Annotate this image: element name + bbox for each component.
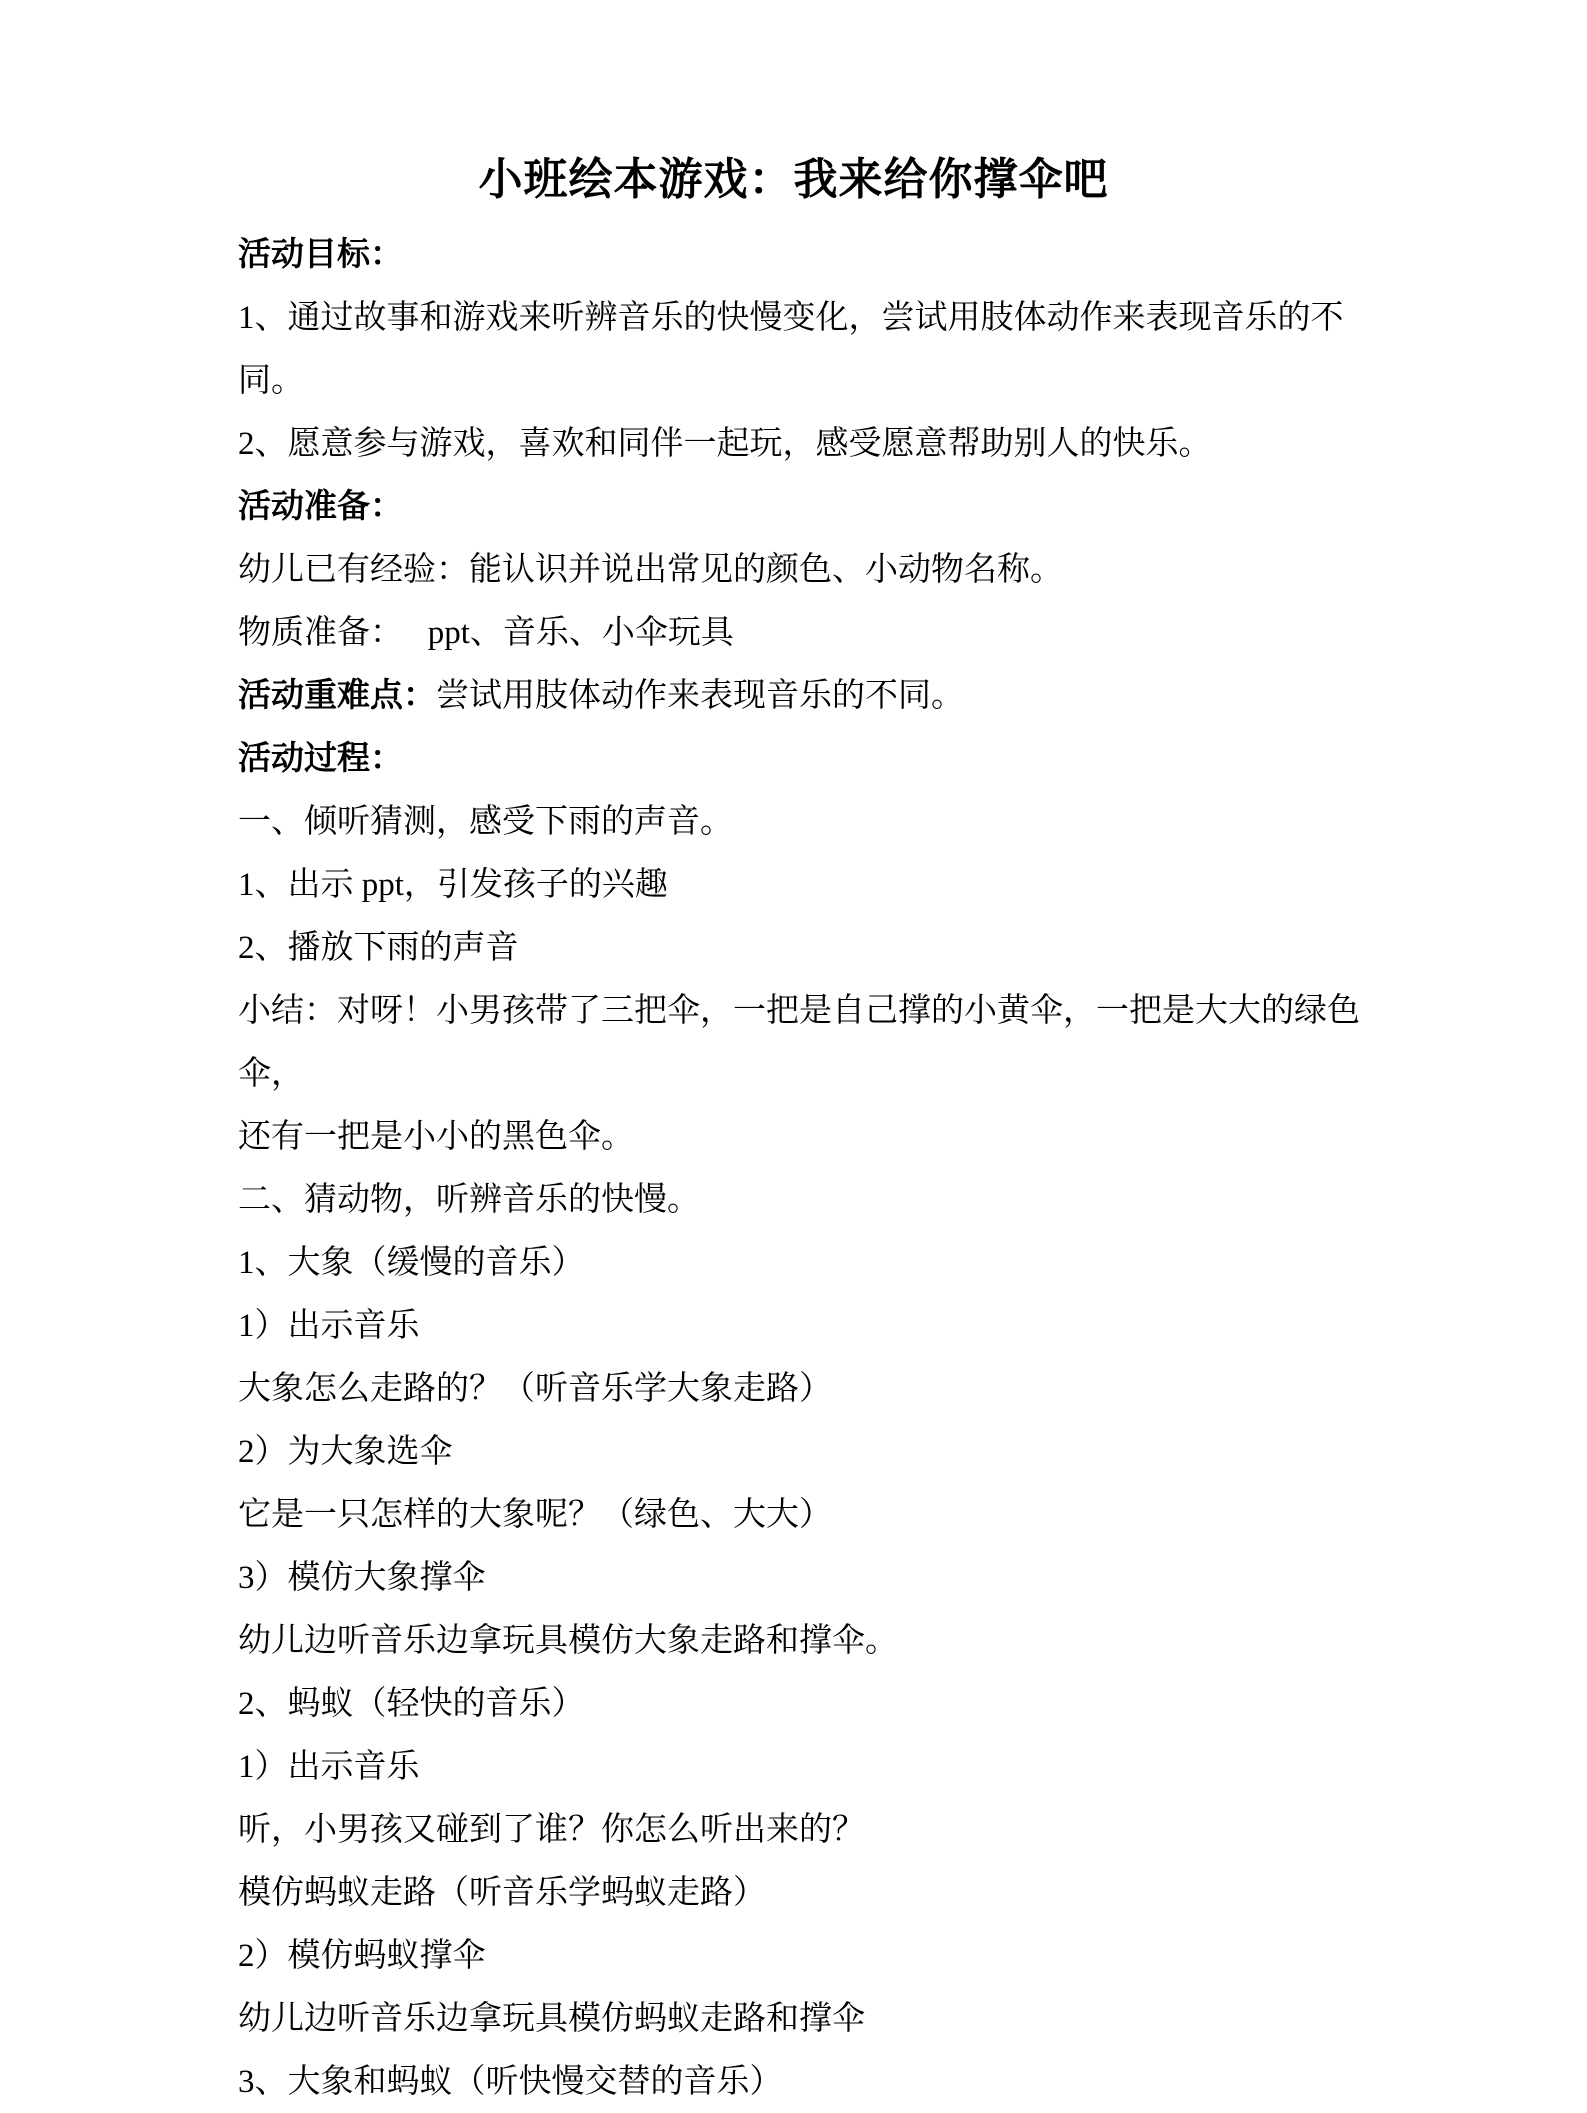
process-2-animal-1-question-2: 它是一只怎样的大象呢？（绿色、大大）	[238, 1484, 1367, 1547]
line-text: 听，小男孩又碰到了谁？你怎么听出来的？	[238, 1812, 865, 1848]
line-text: 3）模仿大象撑伞	[238, 1560, 486, 1596]
process-2-animal-3: 3、大象和蚂蚁（听快慢交替的音乐）	[238, 2051, 1367, 2113]
document-body: 活动目标： 1、通过故事和游戏来听辨音乐的快慢变化，尝试用肢体动作来表现音乐的不…	[0, 224, 1587, 2113]
line-text: 物质准备： ppt、音乐、小伞玩具	[238, 615, 734, 651]
line-text: 二、猜动物，听辨音乐的快慢。	[238, 1182, 700, 1218]
preparation-experience: 幼儿已有经验：能认识并说出常见的颜色、小动物名称。	[238, 539, 1367, 602]
process-section-2: 二、猜动物，听辨音乐的快慢。	[238, 1169, 1367, 1232]
process-1-step-1: 1、出示 ppt，引发孩子的兴趣	[238, 854, 1367, 917]
line-text: 幼儿已有经验：能认识并说出常见的颜色、小动物名称。	[238, 552, 1063, 588]
goal-item-1: 1、通过故事和游戏来听辨音乐的快慢变化，尝试用肢体动作来表现音乐的不同。	[238, 287, 1367, 413]
line-text: 2、愿意参与游戏，喜欢和同伴一起玩，感受愿意帮助别人的快乐。	[238, 426, 1212, 462]
document-title: 小班绘本游戏：我来给你撑伞吧	[0, 0, 1587, 224]
line-bold-label: 活动准备：	[238, 489, 403, 525]
line-text: 2、播放下雨的声音	[238, 930, 519, 966]
line-text: 模仿蚂蚁走路（听音乐学蚂蚁走路）	[238, 1875, 766, 1911]
line-text: 它是一只怎样的大象呢？（绿色、大大）	[238, 1497, 832, 1533]
line-text: 尝试用肢体动作来表现音乐的不同。	[436, 678, 964, 714]
line-text: 幼儿边听音乐边拿玩具模仿蚂蚁走路和撑伞	[238, 2001, 865, 2037]
process-1-summary-line-2: 还有一把是小小的黑色伞。	[238, 1106, 1367, 1169]
heading-key-difficulty: 活动重难点：尝试用肢体动作来表现音乐的不同。	[238, 665, 1367, 728]
heading-activity-goals: 活动目标：	[238, 224, 1367, 287]
process-1-summary-line-1: 小结：对呀！小男孩带了三把伞，一把是自己撑的小黄伞，一把是大大的绿色伞，	[238, 980, 1367, 1106]
process-2-animal-1-question-1: 大象怎么走路的？（听音乐学大象走路）	[238, 1358, 1367, 1421]
process-2-animal-1-step-3: 3）模仿大象撑伞	[238, 1547, 1367, 1610]
process-2-animal-1-practice: 幼儿边听音乐边拿玩具模仿大象走路和撑伞。	[238, 1610, 1367, 1673]
process-section-1: 一、倾听猜测，感受下雨的声音。	[238, 791, 1367, 854]
goal-item-2: 2、愿意参与游戏，喜欢和同伴一起玩，感受愿意帮助别人的快乐。	[238, 413, 1367, 476]
line-text: 3、大象和蚂蚁（听快慢交替的音乐）	[238, 2064, 783, 2100]
process-2-animal-1-step-2: 2）为大象选伞	[238, 1421, 1367, 1484]
process-2-animal-2-practice: 幼儿边听音乐边拿玩具模仿蚂蚁走路和撑伞	[238, 1988, 1367, 2051]
process-2-animal-2-imitate: 模仿蚂蚁走路（听音乐学蚂蚁走路）	[238, 1862, 1367, 1925]
line-text: 2）为大象选伞	[238, 1434, 453, 1470]
line-text: 小结：对呀！小男孩带了三把伞，一把是自己撑的小黄伞，一把是大大的绿色伞，	[238, 993, 1360, 1092]
line-text: 大象怎么走路的？（听音乐学大象走路）	[238, 1371, 832, 1407]
heading-activity-preparation: 活动准备：	[238, 476, 1367, 539]
line-text: 幼儿边听音乐边拿玩具模仿大象走路和撑伞。	[238, 1623, 898, 1659]
line-bold-label: 活动目标：	[238, 237, 403, 273]
line-bold-label: 活动过程：	[238, 741, 403, 777]
process-1-step-2: 2、播放下雨的声音	[238, 917, 1367, 980]
line-text: 1）出示音乐	[238, 1308, 420, 1344]
line-text: 2、蚂蚁（轻快的音乐）	[238, 1686, 585, 1722]
process-2-animal-2-step-2: 2）模仿蚂蚁撑伞	[238, 1925, 1367, 1988]
process-2-animal-1: 1、大象（缓慢的音乐）	[238, 1232, 1367, 1295]
process-2-animal-2: 2、蚂蚁（轻快的音乐）	[238, 1673, 1367, 1736]
line-text: 1）出示音乐	[238, 1749, 420, 1785]
line-text: 一、倾听猜测，感受下雨的声音。	[238, 804, 733, 840]
line-text: 1、大象（缓慢的音乐）	[238, 1245, 585, 1281]
line-bold-label: 活动重难点：	[238, 678, 436, 714]
line-text: 2）模仿蚂蚁撑伞	[238, 1938, 486, 1974]
process-2-animal-2-step-1: 1）出示音乐	[238, 1736, 1367, 1799]
heading-activity-process: 活动过程：	[238, 728, 1367, 791]
process-2-animal-1-step-1: 1）出示音乐	[238, 1295, 1367, 1358]
line-text: 还有一把是小小的黑色伞。	[238, 1119, 634, 1155]
line-text: 1、出示 ppt，引发孩子的兴趣	[238, 867, 668, 903]
document-page: 小班绘本游戏：我来给你撑伞吧 活动目标： 1、通过故事和游戏来听辨音乐的快慢变化…	[0, 0, 1587, 2113]
line-text: 1、通过故事和游戏来听辨音乐的快慢变化，尝试用肢体动作来表现音乐的不同。	[238, 300, 1344, 399]
preparation-materials: 物质准备： ppt、音乐、小伞玩具	[238, 602, 1367, 665]
process-2-animal-2-question-1: 听，小男孩又碰到了谁？你怎么听出来的？	[238, 1799, 1367, 1862]
